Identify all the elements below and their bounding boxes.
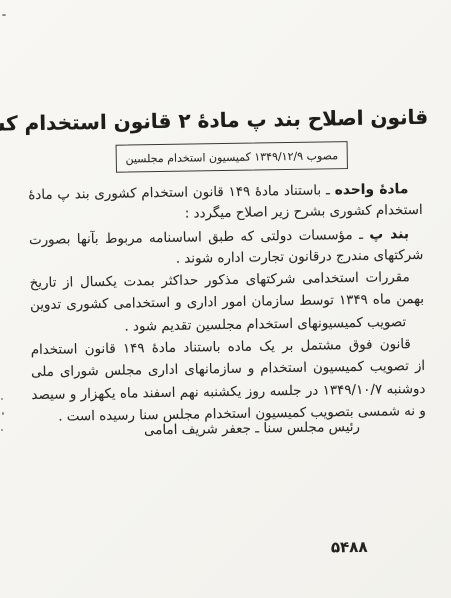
law-title: قانون اصلاح بند پ مادهٔ ۲ قانون استخدام … — [17, 105, 428, 135]
law-body: مادهٔ واحده ـ باستناد مادهٔ ۱۴۹ قانون اس… — [28, 178, 426, 429]
scanned-document-page: قانون اصلاح بند پ مادهٔ ۲ قانون استخدام … — [0, 0, 451, 598]
approval-box-text: مصوب ۱۳۴۹/۱۲/۹ کمیسیون استخدام مجلسین — [125, 149, 338, 165]
article-lead-label: مادهٔ واحده — [335, 181, 409, 198]
page-number: ۵۴۸۸ — [331, 538, 368, 557]
clause-lead-label: بند پ — [369, 226, 409, 243]
approval-box: مصوب ۱۳۴۹/۱۲/۹ کمیسیون استخدام مجلسین — [116, 141, 348, 173]
document-content: قانون اصلاح بند پ مادهٔ ۲ قانون استخدام … — [0, 0, 451, 598]
